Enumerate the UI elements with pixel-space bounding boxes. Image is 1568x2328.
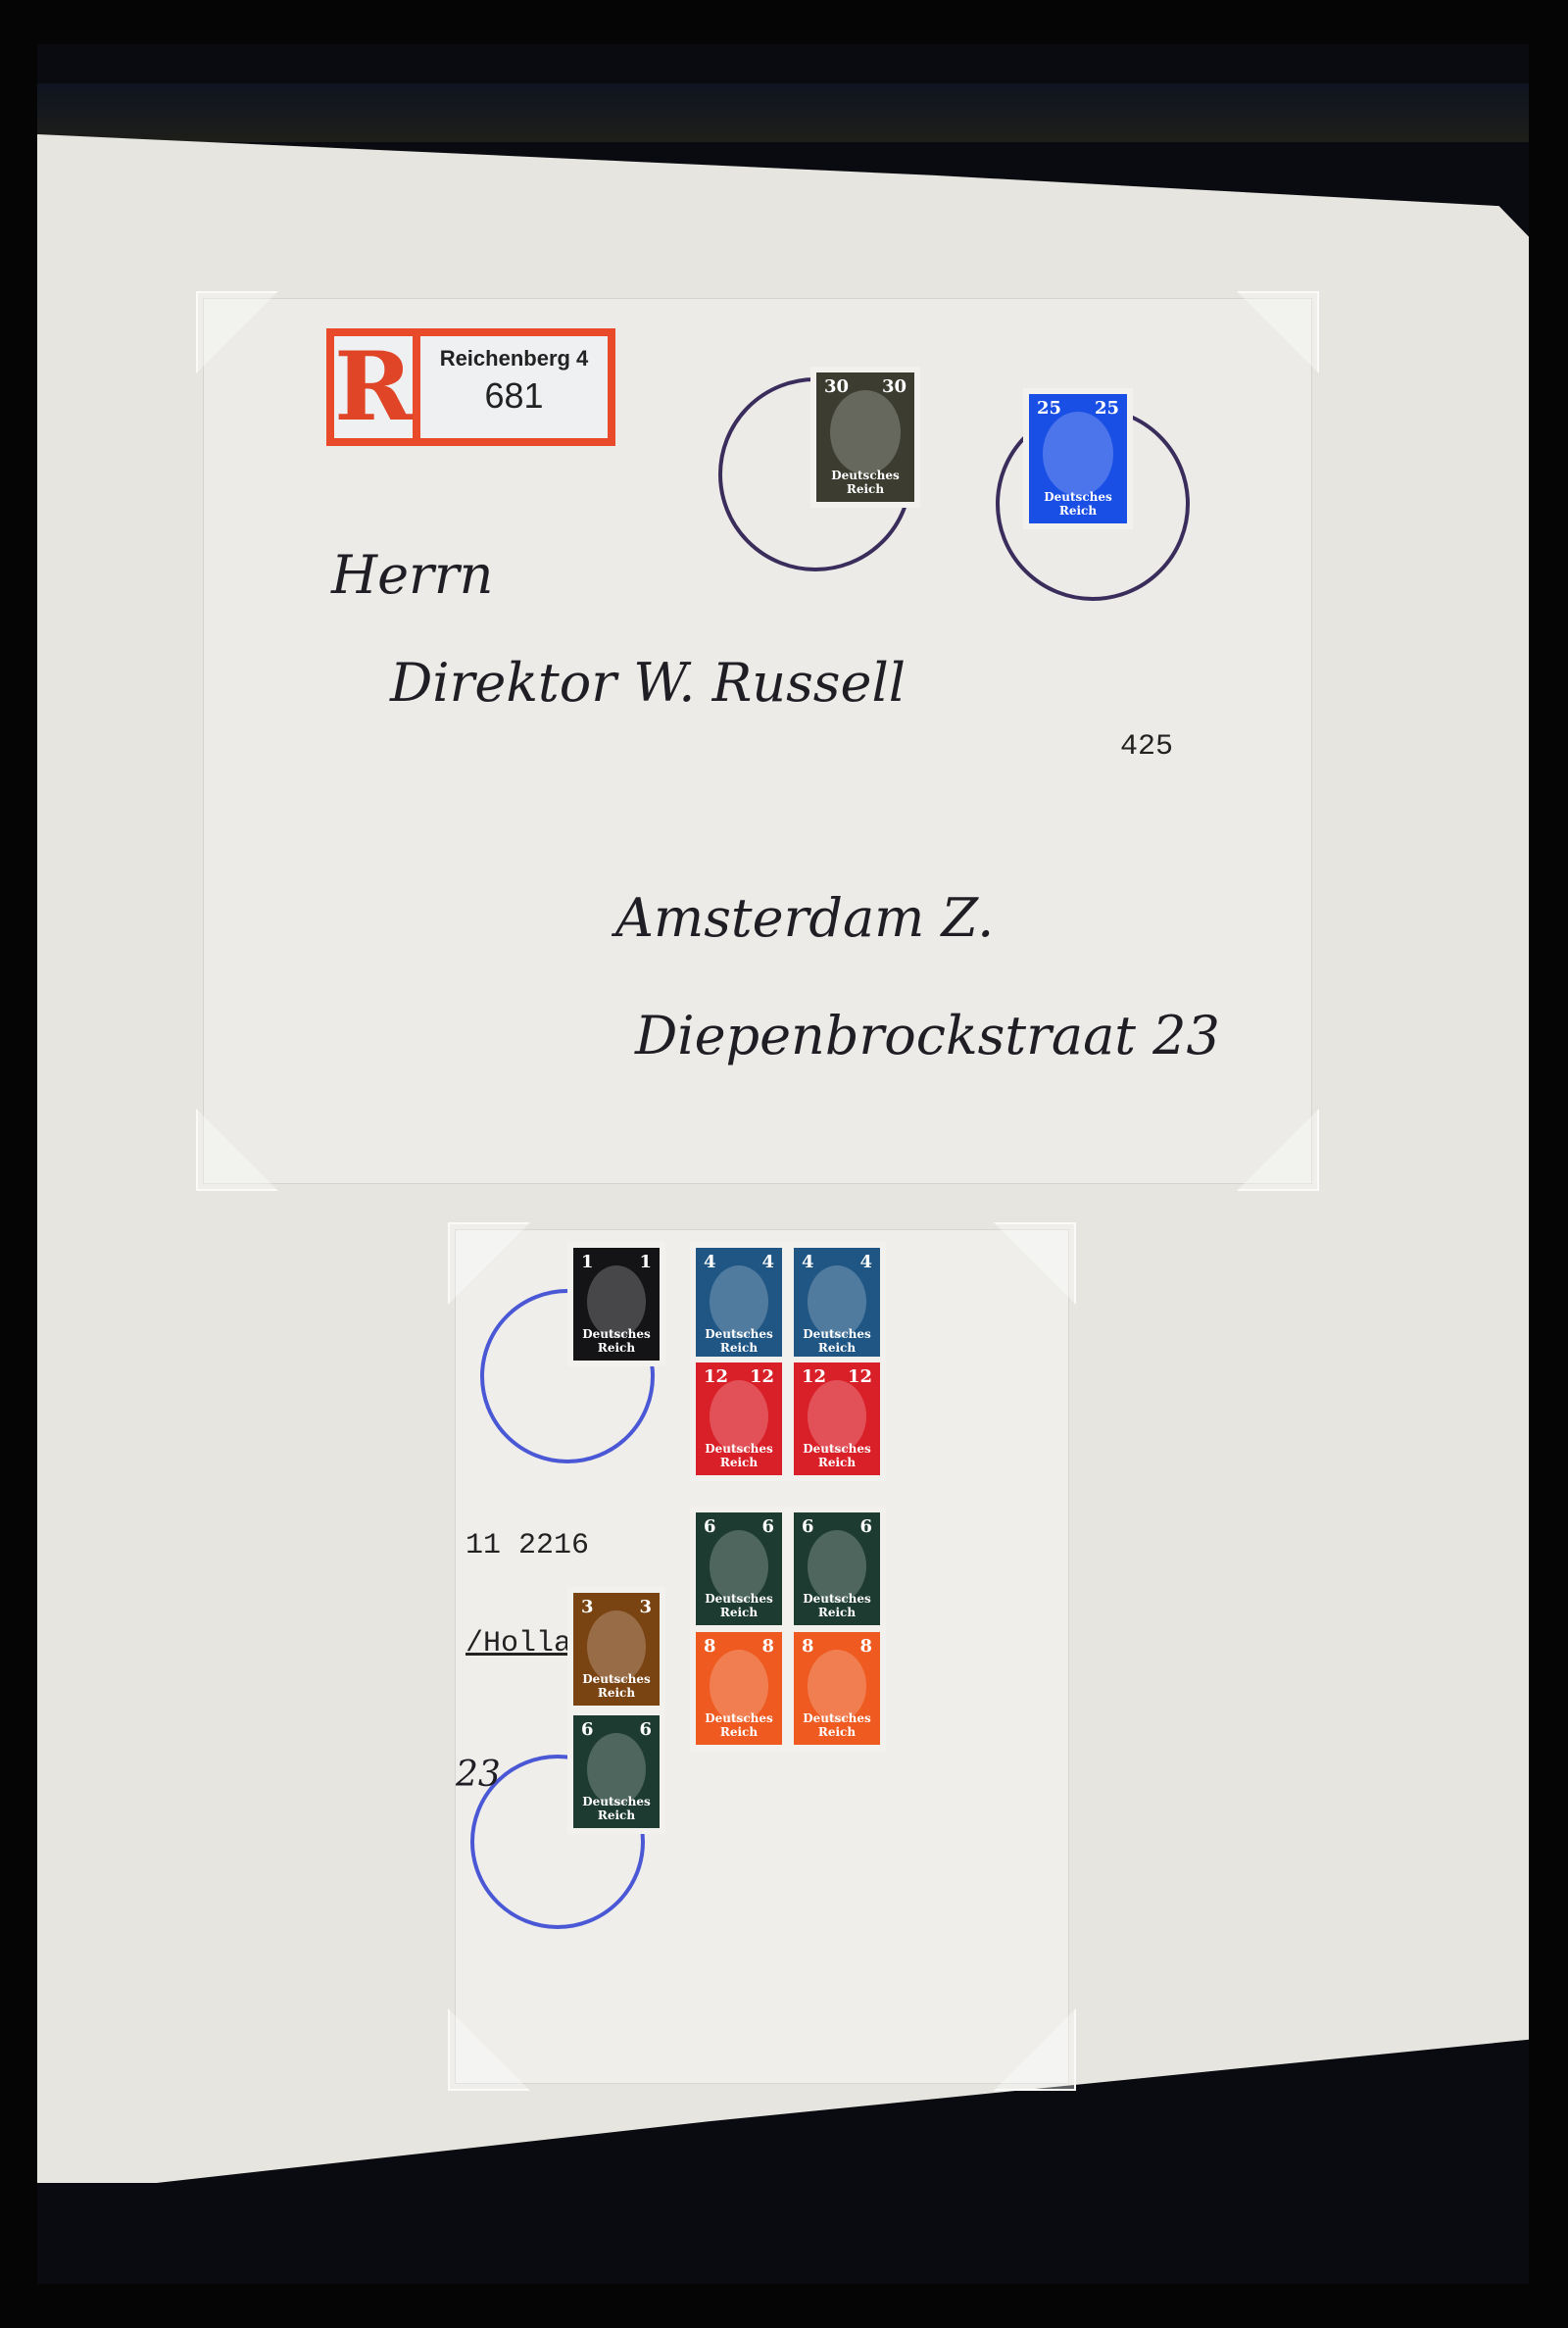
stamp-4: 44Deutsches Reich [696,1248,782,1361]
address-street: Diepenbrockstraat 23 [635,1005,1220,1066]
registered-cover: R Reichenberg 4 681 3030 Deutsches Reich… [204,299,1311,1183]
typed-number: 11 2216 [465,1529,589,1562]
salutation: Herrn [331,544,493,606]
stamp-1: 11Deutsches Reich [573,1248,660,1361]
stamp-30: 3030 Deutsches Reich [816,372,914,502]
stamp-12: 1212Deutsches Reich [696,1362,782,1475]
stamp-12: 1212Deutsches Reich [794,1362,880,1475]
stamp-25: 2525 Deutsches Reich [1029,394,1127,523]
address-city: Amsterdam Z. [615,887,994,949]
registration-label: R Reichenberg 4 681 [326,328,615,446]
handwritten-number: 23 [456,1755,501,1795]
stamp-8: 88Deutsches Reich [794,1632,880,1745]
stamped-number: 425 [1120,730,1173,764]
mount-corner [196,1109,278,1191]
registration-letter: R [334,336,413,438]
registration-number: 681 [420,375,608,417]
stamp-6: 66Deutsches Reich [573,1715,660,1828]
stamp-4: 44Deutsches Reich [794,1248,880,1361]
stamp-6: 66Deutsches Reich [696,1512,782,1625]
mount-corner [448,2008,530,2091]
mount-corner [1237,1109,1319,1191]
mount-corner [448,1222,530,1305]
stamp-3: 33Deutsches Reich [573,1593,660,1706]
mount-corner [994,1222,1076,1305]
stamp-8: 88Deutsches Reich [696,1632,782,1745]
registration-office: Reichenberg 4 [420,346,608,371]
mount-corner [196,291,278,373]
recipient-name: Direktor W. Russell [390,652,906,714]
mount-corner [1237,291,1319,373]
mount-corner [994,2008,1076,2091]
stamp-6: 66Deutsches Reich [794,1512,880,1625]
album-binder-edge [37,83,1529,142]
stamp-piece: 11 2216 /Holland 23 11Deutsches Reich44D… [456,1230,1068,2083]
